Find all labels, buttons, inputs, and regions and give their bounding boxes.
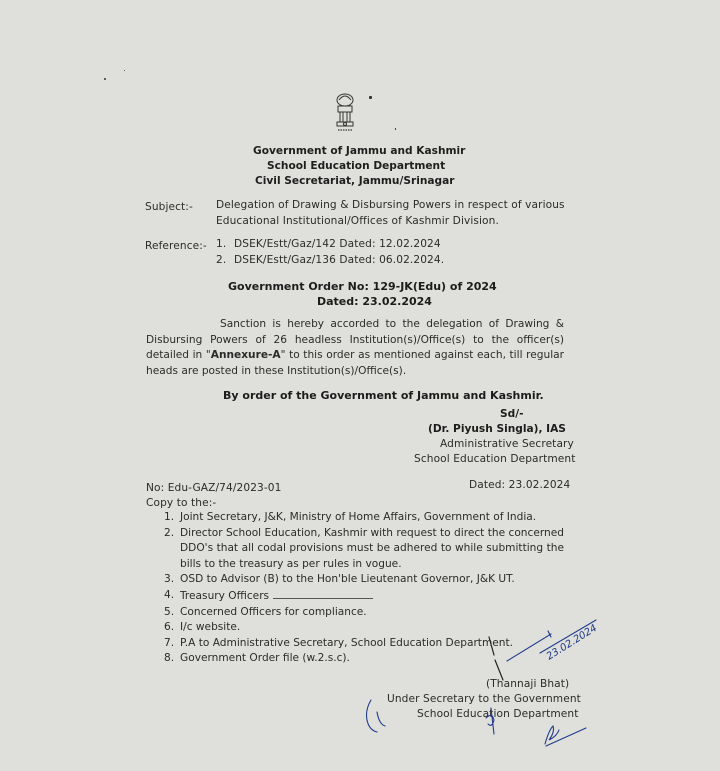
handwritten-annotations: 23.02.2024 (0, 0, 720, 771)
handwritten-date: 23.02.2024 (545, 623, 599, 663)
government-order-document: Government of Jammu and Kashmir School E… (0, 0, 720, 771)
